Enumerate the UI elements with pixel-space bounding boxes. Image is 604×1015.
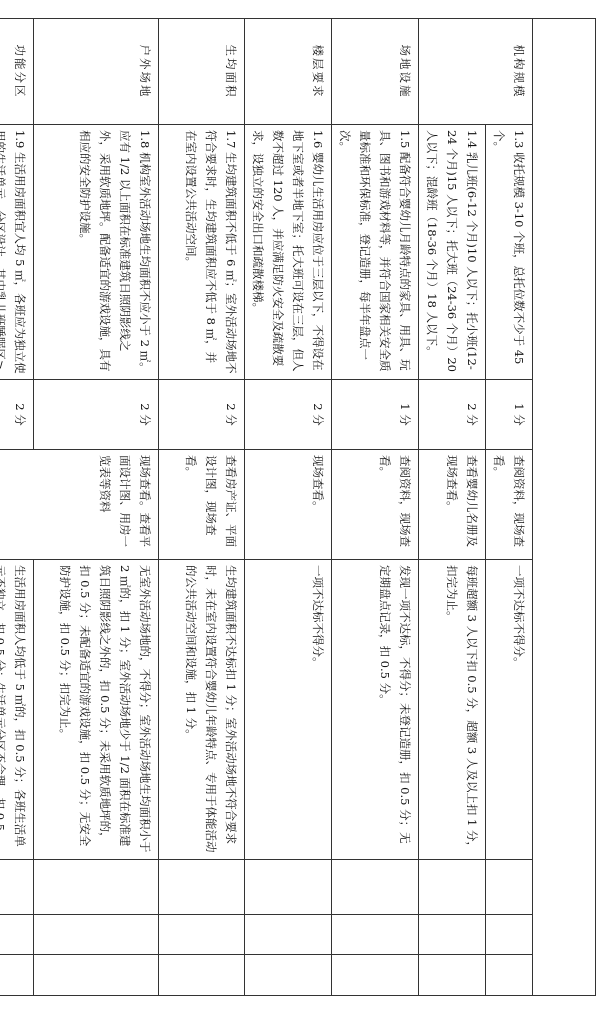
table-row: 机构规模 1.3 收托规模 3-10 个班，总托位数不少于 45 个。 1 分 … (486, 19, 533, 996)
empty-cell (0, 860, 34, 915)
empty-cell (159, 955, 245, 996)
category-cell: 楼层要求 (245, 19, 332, 125)
deduction-cell: 一项不达标不得分。 (486, 560, 533, 860)
header-band-row (533, 19, 596, 996)
table-row: 场地设施 1.5 配备符合婴幼儿月龄特点的家具、用具、玩具、图书和游戏材料等，并… (332, 19, 419, 996)
empty-cell (0, 955, 34, 996)
standard-cell: 1.3 收托规模 3-10 个班，总托位数不少于 45 个。 (486, 125, 533, 380)
score-cell: 2 分 (419, 380, 486, 450)
empty-cell (245, 860, 332, 915)
deduction-cell: 生均建筑面积不达标扣 1 分；室外活动场地不符合要求时，未在室内设置符合婴幼儿年… (159, 560, 245, 860)
score-cell: 2 分 (245, 380, 332, 450)
empty-cell (332, 915, 419, 955)
category-cell: 功能分区 (0, 19, 34, 125)
standard-cell: 1.8 机构室外活动场地生均面积不应小于 2 ㎡。应有 1/2 以上面积在标准建… (34, 125, 159, 380)
table-row: 户外场地 1.8 机构室外活动场地生均面积不应小于 2 ㎡。应有 1/2 以上面… (34, 19, 159, 996)
category-cell: 生均面积 (159, 19, 245, 125)
score-cell: 2 分 (0, 380, 34, 450)
empty-cell (486, 915, 533, 955)
method-cell: 查看房产证、平面设计图，现场查看。 (159, 450, 245, 560)
deduction-cell: 每班超额 3 人以下扣 0.5 分，超额 3 人及以上扣 1 分，扣完为止。 (419, 560, 486, 860)
empty-cell (245, 955, 332, 996)
standard-cell: 1.4 乳儿班(6-12 个月)10 人以下；托小班(12-24 个月)15 人… (419, 125, 486, 380)
table-row: 生均面积 1.7 生均建筑面积不低于 6 ㎡；室外活动场地不符合要求时，生均建筑… (159, 19, 245, 996)
standard-cell: 1.9 生活用房面积宜人均 5 ㎡，各班应为独立使用的生活单元，分区设计。其中乳… (0, 125, 34, 380)
deduction-cell: 发现一项不达标，不得分；未登记造册，扣 0.5 分；无定期盘点记录，扣 0.5 … (332, 560, 419, 860)
empty-cell (34, 860, 159, 915)
empty-cell (159, 915, 245, 955)
header-band (533, 19, 596, 996)
empty-cell (159, 860, 245, 915)
standard-cell: 1.6 婴幼儿生活用房应位于三层以下，不得设在地下室或者半地下室；托大班可设在三… (245, 125, 332, 380)
empty-cell (332, 860, 419, 915)
empty-cell (0, 915, 34, 955)
table-row: 楼层要求 1.6 婴幼儿生活用房应位于三层以下，不得设在地下室或者半地下室；托大… (245, 19, 332, 996)
empty-cell (34, 915, 159, 955)
rotated-document-page: 机构规模 1.3 收托规模 3-10 个班，总托位数不少于 45 个。 1 分 … (16, 18, 596, 995)
method-cell: 查看婴幼儿名册及现场查看。 (419, 450, 486, 560)
empty-cell (34, 955, 159, 996)
standard-cell: 1.5 配备符合婴幼儿月龄特点的家具、用具、玩具、图书和游戏材料等，并符合国家相… (332, 125, 419, 380)
empty-cell (419, 860, 486, 915)
empty-cell (245, 915, 332, 955)
deduction-cell: 生活用房面积人均低于 5 ㎡的，扣 0.5 分；各班生活单元不独立，扣 0.5 … (0, 560, 34, 860)
method-cell: 查阅资料，现场查看。 (332, 450, 419, 560)
table-row: 1.4 乳儿班(6-12 个月)10 人以下；托小班(12-24 个月)15 人… (419, 19, 486, 996)
empty-cell (332, 955, 419, 996)
standard-cell: 1.7 生均建筑面积不低于 6 ㎡；室外活动场地不符合要求时，生均建筑面积应不低… (159, 125, 245, 380)
category-cell: 机构规模 (419, 19, 533, 125)
method-cell: 现场查看。查看平面设计图、用房一览表等资料 (0, 450, 159, 560)
deduction-cell: 无室外活动场地的，不得分；室外活动场地生均面积小于 2 ㎡的，扣 1 分；室外活… (34, 560, 159, 860)
empty-cell (486, 860, 533, 915)
evaluation-table: 机构规模 1.3 收托规模 3-10 个班，总托位数不少于 45 个。 1 分 … (0, 18, 596, 996)
category-cell: 户外场地 (34, 19, 159, 125)
score-cell: 1 分 (332, 380, 419, 450)
method-cell: 查阅资料，现场查看。 (486, 450, 533, 560)
method-cell: 现场查看。 (245, 450, 332, 560)
category-cell: 场地设施 (332, 19, 419, 125)
score-cell: 2 分 (34, 380, 159, 450)
deduction-cell: 一项不达标不得分。 (245, 560, 332, 860)
empty-cell (419, 955, 486, 996)
score-cell: 2 分 (159, 380, 245, 450)
score-cell: 1 分 (486, 380, 533, 450)
empty-cell (419, 915, 486, 955)
empty-cell (486, 955, 533, 996)
